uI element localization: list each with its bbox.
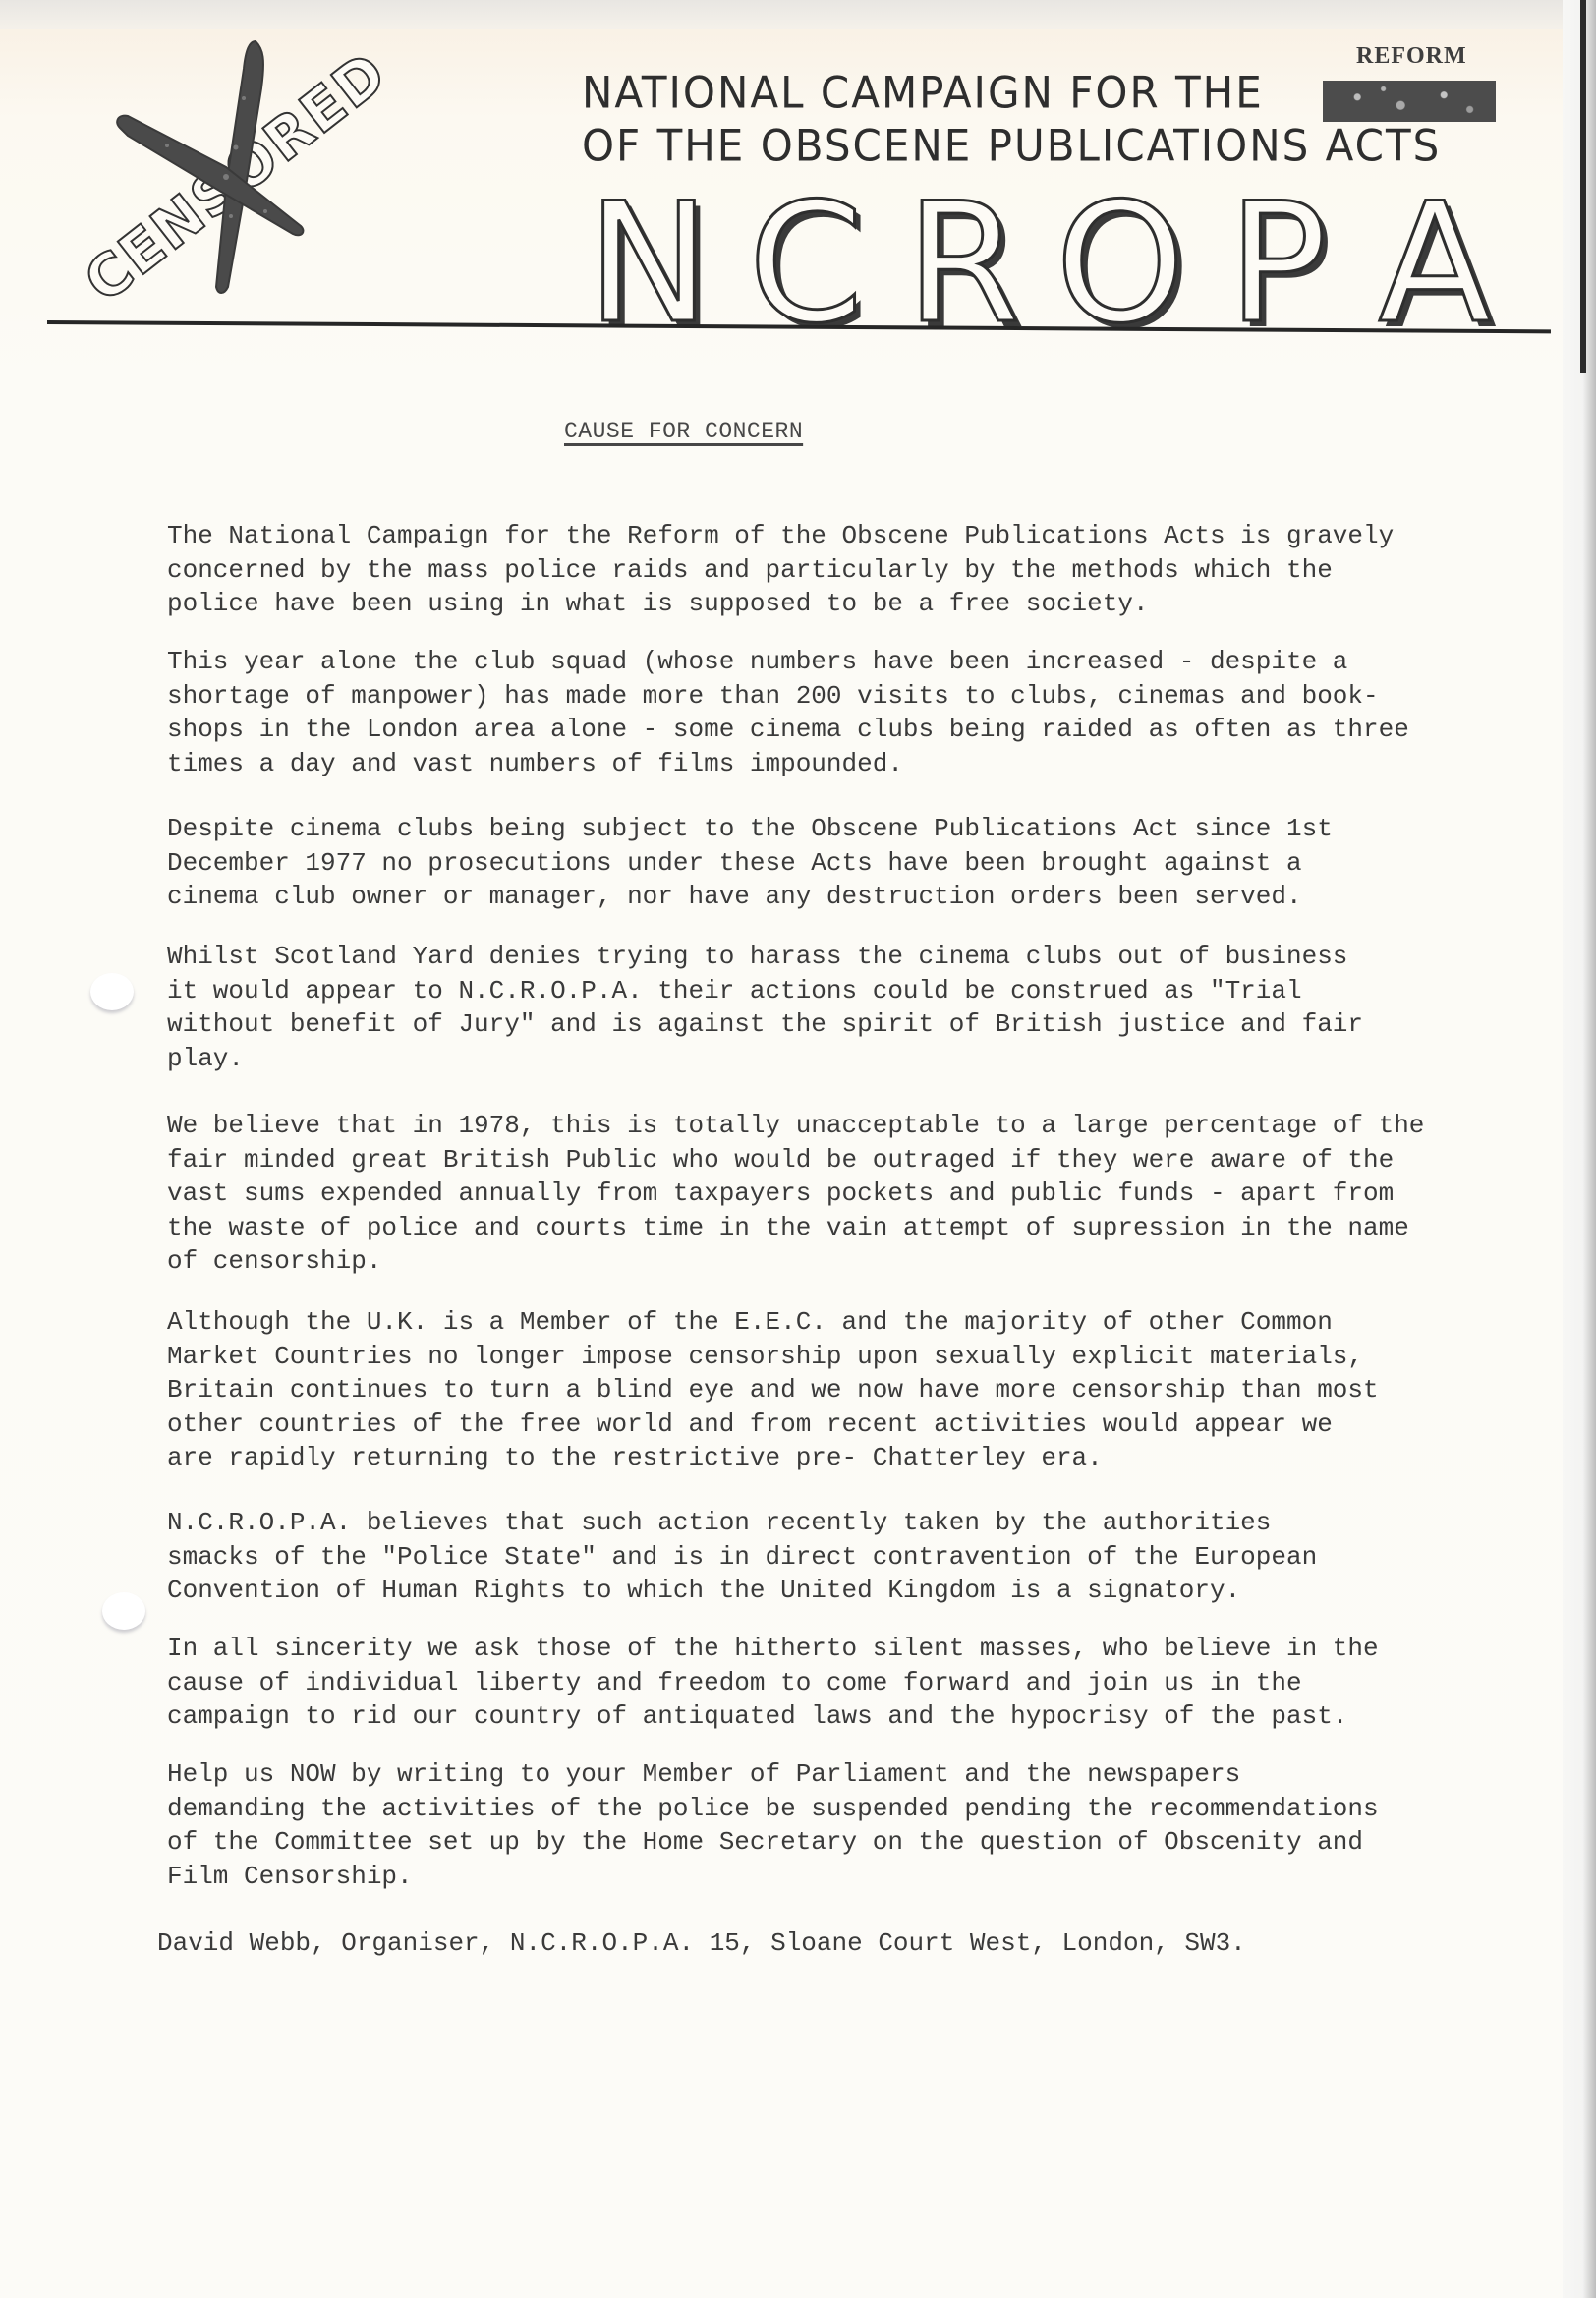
text-line: other countries of the free world and fr… [167, 1408, 1504, 1442]
text-line: campaign to rid our country of antiquate… [167, 1699, 1504, 1734]
censored-stamp-icon: CENSORED [79, 29, 393, 305]
text-line: Market Countries no longer impose censor… [167, 1340, 1504, 1374]
text-line: concerned by the mass police raids and p… [167, 553, 1504, 588]
body-paragraph: We believe that in 1978, this is totally… [167, 1109, 1504, 1279]
text-line: Whilst Scotland Yard denies trying to ha… [167, 940, 1504, 974]
text-line: Convention of Human Rights to which the … [167, 1574, 1504, 1608]
text-line: fair minded great British Public who wou… [167, 1143, 1504, 1178]
body-paragraph: N.C.R.O.P.A. believes that such action r… [167, 1506, 1504, 1608]
document-title: CAUSE FOR CONCERN [564, 419, 803, 444]
body-paragraph: The National Campaign for the Reform of … [167, 519, 1504, 621]
text-line: of the Committee set up by the Home Secr… [167, 1825, 1504, 1860]
text-line: N.C.R.O.P.A. believes that such action r… [167, 1506, 1504, 1540]
text-line: Help us NOW by writing to your Member of… [167, 1757, 1504, 1792]
text-line: smacks of the "Police State" and is in d… [167, 1540, 1504, 1575]
text-line: the waste of police and courts time in t… [167, 1211, 1504, 1245]
text-line: In all sincerity we ask those of the hit… [167, 1632, 1504, 1666]
text-line: play. [167, 1042, 1504, 1076]
text-line: Despite cinema clubs being subject to th… [167, 812, 1504, 846]
text-line: without benefit of Jury" and is against … [167, 1007, 1504, 1042]
org-name-line-2: OF THE OBSCENE PUBLICATIONS ACTS [582, 121, 1441, 171]
text-line: vast sums expended annually from taxpaye… [167, 1177, 1504, 1211]
punch-hole [90, 973, 134, 1010]
scan-background-edge-dark [1580, 0, 1586, 373]
reform-overprint: REFORM [1356, 43, 1467, 70]
document-page: CENSORED REFORM NATIONAL CAMPAIGN FOR TH… [0, 0, 1563, 2298]
svg-text:P: P [1227, 183, 1327, 330]
scan-background-edge [1563, 0, 1596, 2298]
text-line: shops in the London area alone - some ci… [167, 713, 1504, 747]
signature-line: David Webb, Organiser, N.C.R.O.P.A. 15, … [157, 1928, 1246, 1958]
text-line: cause of individual liberty and freedom … [167, 1666, 1504, 1700]
text-line: cinema club owner or manager, nor have a… [167, 880, 1504, 914]
svg-text:N: N [587, 183, 711, 330]
text-line: of censorship. [167, 1244, 1504, 1279]
text-line: it would appear to N.C.R.O.P.A. their ac… [167, 974, 1504, 1008]
org-name-line-1: NATIONAL CAMPAIGN FOR THE [582, 68, 1264, 118]
body-paragraph: In all sincerity we ask those of the hit… [167, 1632, 1504, 1734]
redacted-word-block [1323, 81, 1496, 122]
text-line: The National Campaign for the Reform of … [167, 519, 1504, 553]
body-paragraph: This year alone the club squad (whose nu… [167, 645, 1504, 780]
text-line: Film Censorship. [167, 1860, 1504, 1894]
text-line: times a day and vast numbers of films im… [167, 747, 1504, 781]
text-line: Although the U.K. is a Member of the E.E… [167, 1305, 1504, 1340]
svg-text:C: C [748, 183, 863, 330]
page-top-edge [0, 0, 1563, 29]
body-paragraph: Help us NOW by writing to your Member of… [167, 1757, 1504, 1893]
svg-text:R: R [906, 183, 1021, 330]
svg-text:A: A [1379, 183, 1492, 330]
text-line: We believe that in 1978, this is totally… [167, 1109, 1504, 1143]
text-line: are rapidly returning to the restrictive… [167, 1441, 1504, 1475]
body-paragraph: Although the U.K. is a Member of the E.E… [167, 1305, 1504, 1475]
body-paragraph: Whilst Scotland Yard denies trying to ha… [167, 940, 1504, 1075]
text-line: Britain continues to turn a blind eye an… [167, 1373, 1504, 1408]
punch-hole [102, 1592, 145, 1630]
text-line: This year alone the club squad (whose nu… [167, 645, 1504, 679]
text-line: December 1977 no prosecutions under thes… [167, 846, 1504, 881]
text-line: police have been using in what is suppos… [167, 587, 1504, 621]
text-line: demanding the activities of the police b… [167, 1792, 1504, 1826]
text-line: shortage of manpower) has made more than… [167, 679, 1504, 714]
svg-text:O: O [1055, 183, 1185, 330]
body-paragraph: Despite cinema clubs being subject to th… [167, 812, 1504, 914]
ncropa-logo: NNCCRROOPPAA [570, 183, 1513, 330]
